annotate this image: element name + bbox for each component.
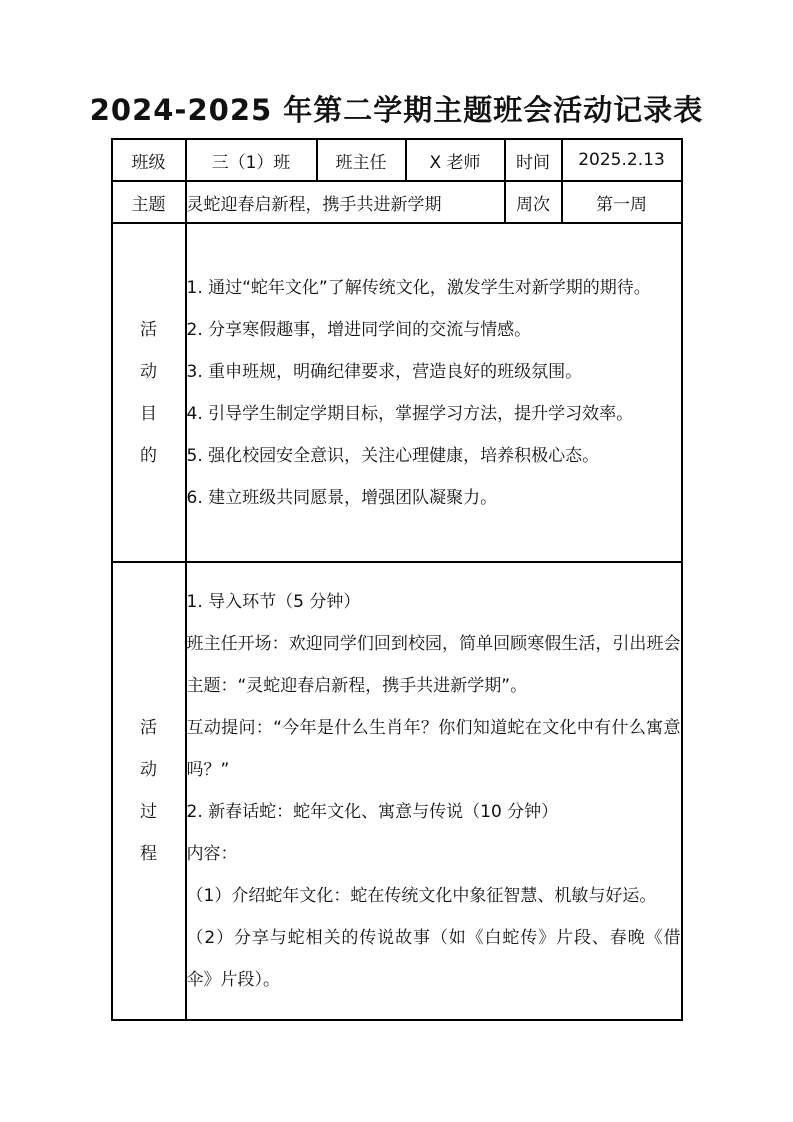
goal-item: 4. 引导学生制定学期目标，掌握学习方法，提升学习效率。 [187, 393, 681, 435]
document-page: 2024-2025 年第二学期主题班会活动记录表 班级 三（1）班 班主任 X … [0, 0, 793, 1122]
process-label-text: 活 动 过 程 [113, 719, 185, 863]
goal-item: 3. 重申班规，明确纪律要求，营造良好的班级氛围。 [187, 351, 681, 393]
goal-item: 6. 建立班级共同愿景，增强团队凝聚力。 [187, 477, 681, 519]
goal-item: 1. 通过“蛇年文化”了解传统文化，激发学生对新学期的期待。 [187, 267, 681, 309]
document-title: 2024-2025 年第二学期主题班会活动记录表 [0, 0, 793, 130]
week-value: 第一周 [562, 181, 682, 223]
info-row-2: 主题 灵蛇迎春启新程，携手共进新学期 周次 第一周 [112, 181, 682, 223]
process-content: 1. 导入环节（5 分钟） 班主任开场：欢迎同学们回到校园，简单回顾寒假生活，引… [186, 562, 682, 1020]
theme-value: 灵蛇迎春启新程，携手共进新学期 [186, 181, 505, 223]
goal-item: 2. 分享寒假趣事，增进同学间的交流与情感。 [187, 309, 681, 351]
class-label: 班级 [112, 139, 186, 181]
goals-row: 活 动 目 的 1. 通过“蛇年文化”了解传统文化，激发学生对新学期的期待。 2… [112, 223, 682, 562]
week-label: 周次 [505, 181, 562, 223]
teacher-value: X 老师 [406, 139, 505, 181]
process-item: 1. 导入环节（5 分钟） [187, 581, 681, 623]
goals-label-text: 活 动 目 的 [113, 321, 185, 465]
info-row-1: 班级 三（1）班 班主任 X 老师 时间 2025.2.13 [112, 139, 682, 181]
process-label: 活 动 过 程 [112, 562, 186, 1020]
process-row: 活 动 过 程 1. 导入环节（5 分钟） 班主任开场：欢迎同学们回到校园，简单… [112, 562, 682, 1020]
process-item: （1）介绍蛇年文化：蛇在传统文化中象征智慧、机敏与好运。 [187, 875, 681, 917]
goals-content: 1. 通过“蛇年文化”了解传统文化，激发学生对新学期的期待。 2. 分享寒假趣事… [186, 223, 682, 562]
class-value: 三（1）班 [186, 139, 317, 181]
process-item: 互动提问：“今年是什么生肖年？你们知道蛇在文化中有什么寓意吗？” [187, 707, 681, 791]
record-table: 班级 三（1）班 班主任 X 老师 时间 2025.2.13 主题 灵蛇迎春启新… [111, 138, 683, 1021]
time-label: 时间 [505, 139, 562, 181]
time-value: 2025.2.13 [562, 139, 682, 181]
process-item: 内容： [187, 833, 681, 875]
process-item: 班主任开场：欢迎同学们回到校园，简单回顾寒假生活，引出班会主题：“灵蛇迎春启新程… [187, 623, 681, 707]
process-item: 2. 新春话蛇：蛇年文化、寓意与传说（10 分钟） [187, 791, 681, 833]
theme-label: 主题 [112, 181, 186, 223]
process-item: （2）分享与蛇相关的传说故事（如《白蛇传》片段、春晚《借伞》片段）。 [187, 917, 681, 1001]
goal-item: 5. 强化校园安全意识，关注心理健康，培养积极心态。 [187, 435, 681, 477]
teacher-label: 班主任 [317, 139, 406, 181]
goals-label: 活 动 目 的 [112, 223, 186, 562]
